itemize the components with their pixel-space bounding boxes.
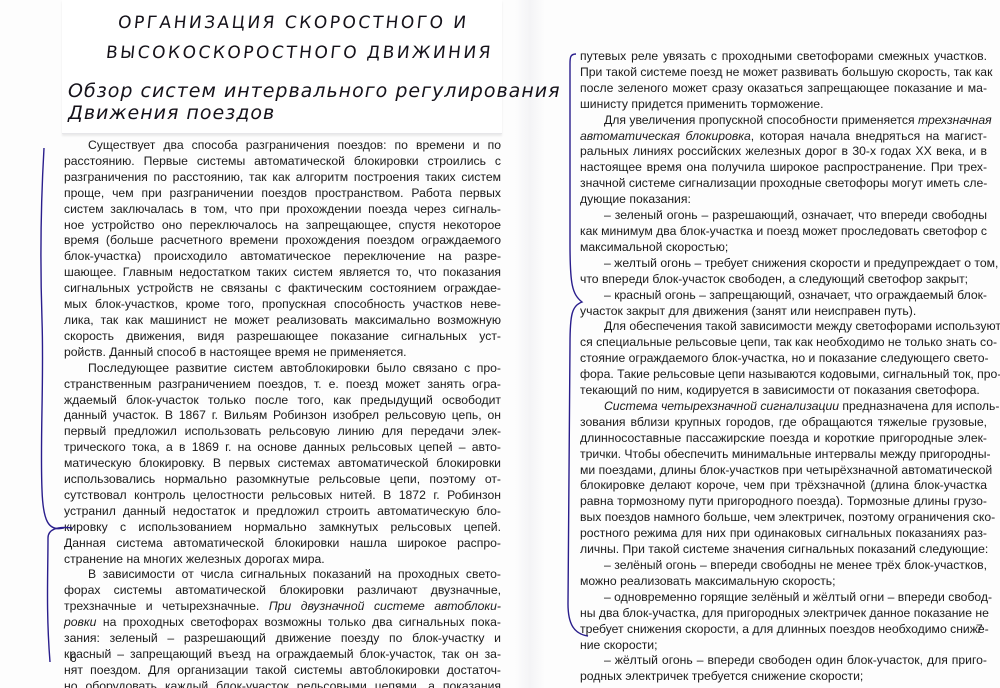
text-line: дующие показания:	[580, 192, 987, 208]
text-line: зания: зеленый – разрешающий движение по…	[64, 631, 501, 647]
text-line: использовались нормально разомкнутые рел…	[64, 472, 501, 488]
text-line: сигнальных устройств не связаны с фактич…	[64, 281, 501, 297]
right-page-body: путевых реле увязать с проходными светоф…	[580, 49, 987, 685]
text-line: данный участок. В 1867 г. Вильям Робинзо…	[64, 408, 501, 424]
text-line: разграничения по расстоянию, так как алг…	[64, 170, 501, 186]
text-line: равна тормозному пути пригородного поезд…	[580, 494, 987, 510]
text-run: , которая начала внедряться на магист-	[751, 129, 987, 143]
text-line: При такой системе поезд не может развива…	[580, 65, 987, 81]
text-line: автоматическая блокировка, которая начал…	[580, 129, 987, 145]
text-line: стояние ограждаемого блок-участка, но и …	[580, 351, 987, 367]
text-line: шающее. Главным недостатком таких систем…	[64, 265, 501, 281]
page-number-right: 7	[976, 622, 983, 636]
left-page-body: Существует два способа разграничения пое…	[64, 138, 501, 688]
text-line: можно реализовать максимальную скорость;	[580, 574, 987, 590]
text-line: после зеленого может сразу оказаться зап…	[580, 81, 987, 97]
handwritten-title-line-1: ОРГАНИЗАЦИЯ СКОРОСТНОГО И	[117, 13, 470, 33]
text-line: ние скорости;	[580, 638, 987, 654]
text-line: – жёлтый огонь – впереди свободен один б…	[580, 653, 987, 669]
text-line: ми поездами, длины блок-участков при чет…	[580, 463, 987, 479]
handwritten-subtitle-line-1: Обзор систем интервального регулирования	[68, 80, 561, 102]
text-line: – красный огонь – запрещающий, означает,…	[580, 288, 987, 304]
italic-term: автоматическая блокировка	[580, 129, 751, 143]
text-line: вых поездов намного больше, чем электрич…	[580, 510, 987, 526]
text-line: ройств. Данный способ в настоящее время …	[64, 345, 501, 361]
text-line: блок-участка) происходило автоматическое…	[64, 249, 501, 265]
text-line: но оборудовать каждый блок-участок рельс…	[64, 679, 501, 688]
text-line: текающий по ним, кодируется в зависимост…	[580, 383, 987, 399]
text-line: шинисту придется применить торможение.	[580, 97, 987, 113]
text-line: ся специальные рельсовые цепи, так как н…	[580, 335, 987, 351]
text-line: – желтый огонь – требует снижения скорос…	[580, 256, 987, 272]
page-number-left: 6	[70, 651, 77, 665]
italic-term: ровки	[64, 615, 96, 629]
handwritten-subtitle-line-2: Движения поездов	[68, 102, 275, 124]
text-line: странение на многих железных дорогах мир…	[64, 552, 501, 568]
text-run: трехзначные и четырехзначные.	[64, 599, 269, 613]
text-line: личны. При такой системе значения сигнал…	[580, 542, 987, 558]
text-line: трички. Чтобы обеспечить минимальные инт…	[580, 447, 987, 463]
text-line: мых блок-участков, кроме того, пропускна…	[64, 297, 501, 313]
text-run: предназначена для исполь-	[839, 399, 999, 413]
text-line: устранил данный недостаток и предложил с…	[64, 504, 501, 520]
text-run: Для увеличения пропускной способности пр…	[604, 113, 918, 127]
text-line: участок закрыт для движения (занят или н…	[580, 304, 987, 320]
book-spread: ОРГАНИЗАЦИЯ СКОРОСТНОГО И ВЫСОКОСКОРОСТН…	[0, 0, 1000, 688]
text-line: Система четырехзначной сигнализации пред…	[580, 399, 987, 415]
text-line: фора. Такие рельсовые цепи называются ко…	[580, 367, 987, 383]
text-line: что впереди блок-участок свободен, а сле…	[580, 272, 987, 288]
text-line: настоящее время она получила широкое рас…	[580, 160, 987, 176]
text-line: время (больше расчетного времени прохожд…	[64, 233, 501, 249]
text-line: странственным разграничением поездов, т.…	[64, 377, 501, 393]
text-line: Данная система автоматической блокировки…	[64, 536, 501, 552]
italic-term: При двузначной системе автоблоки-	[269, 599, 501, 613]
text-line: путевых реле увязать с проходными светоф…	[580, 49, 987, 65]
text-line: родных электричек требуется снижение ско…	[580, 669, 987, 685]
text-line: скорость движения, видя разрешающее пока…	[64, 329, 501, 345]
text-line: ральных линиях российских железных дорог…	[580, 144, 987, 160]
text-line: форах системы автоматической блокировки …	[64, 583, 501, 599]
text-line: Существует два способа разграничения пое…	[64, 138, 501, 154]
text-line: значной системе сигнализации проходные с…	[580, 176, 987, 192]
text-line: красный – запрещающий въезд на ограждаем…	[64, 647, 501, 663]
text-line: требует снижения скорости, а для длинных…	[580, 622, 987, 638]
handwritten-note-card: ОРГАНИЗАЦИЯ СКОРОСТНОГО И ВЫСОКОСКОРОСТН…	[62, 0, 502, 134]
text-line: матическую блокировку. В первых системах…	[64, 456, 501, 472]
text-line: – зелёный огонь – впереди свободны не ме…	[580, 558, 987, 574]
text-line: максимальной скоростью;	[580, 240, 987, 256]
text-line: – одновременно горящие зелёный и жёлтый …	[580, 590, 987, 606]
text-line: ное устройство оно переключалось на запр…	[64, 218, 501, 234]
text-line: трехзначные и четырехзначные. При двузна…	[64, 599, 501, 615]
text-line: ны два блок-участка, для пригородных эле…	[580, 606, 987, 622]
text-line: лика, так как машинист не может реализов…	[64, 313, 501, 329]
text-line: нят поездом. Для организации такой систе…	[64, 663, 501, 679]
italic-term: Система четырехзначной сигнализации	[604, 399, 839, 413]
text-line: трического тока, а в 1869 г. на основе д…	[64, 440, 501, 456]
text-line: проще, чем при разграничении поездов про…	[64, 186, 501, 202]
text-line: сутствовал контроль целостности рельсовы…	[64, 488, 501, 504]
text-line: блокировке делают короче, чем при трёхзн…	[580, 478, 987, 494]
italic-term: трехзначная	[918, 113, 992, 127]
text-line: первый предложил использовать рельсовую …	[64, 424, 501, 440]
text-line: В зависимости от числа сигнальных показа…	[64, 567, 501, 583]
text-line: кировку с использованием нормально замкн…	[64, 520, 501, 536]
text-line: ростного режима для них при одинаковых с…	[580, 526, 987, 542]
text-line: ждаемый блок-участок только после того, …	[64, 393, 501, 409]
text-line: как минимум два блок-участка и поезд мож…	[580, 224, 987, 240]
text-line: систем заключалась в том, что при прохож…	[64, 202, 501, 218]
text-run: на проходных светофорах возможны только …	[96, 615, 501, 629]
text-line: – зеленый огонь – разрешающий, означает,…	[580, 208, 987, 224]
book-gutter	[515, 0, 545, 688]
text-line: зования вблизи крупных городов, где обра…	[580, 415, 987, 431]
handwritten-title-line-2: ВЫСОКОСКОРОСТНОГО ДВИЖИНИЯ	[105, 43, 494, 63]
text-line: Последующее развитие систем автоблокиров…	[64, 361, 501, 377]
text-line: расстоянию. Первые системы автоматическо…	[64, 154, 501, 170]
text-line: Для обеспечения такой зависимости между …	[580, 319, 987, 335]
text-line: ровки на проходных светофорах возможны т…	[64, 615, 501, 631]
text-line: Для увеличения пропускной способности пр…	[580, 113, 987, 129]
text-line: длинносоставные пассажирские поезда и ко…	[580, 431, 987, 447]
